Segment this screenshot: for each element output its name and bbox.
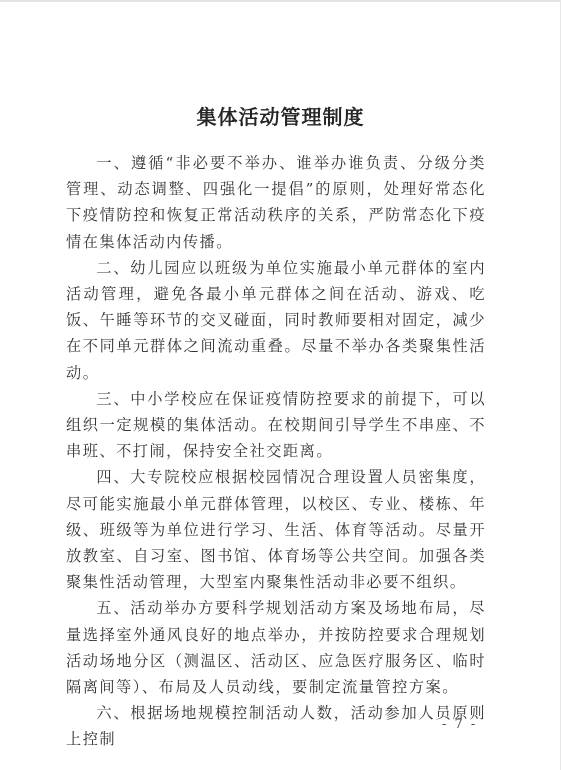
paragraph-1: 一、遵循“非必要不举办、谁举办谁负责、分级分类管理、动态调整、四强化一提倡”的原… (66, 150, 486, 255)
document-title: 集体活动管理制度 (0, 101, 561, 130)
document-body: 一、遵循“非必要不举办、谁举办谁负责、分级分类管理、动态调整、四强化一提倡”的原… (66, 150, 486, 753)
page-number: - 7 - (442, 717, 477, 732)
paragraph-3: 三、中小学校应在保证疫情防控要求的前提下，可以组织一定规模的集体活动。在校期间引… (66, 386, 486, 465)
paragraph-4: 四、大专院校应根据校园情况合理设置人员密集度，尽可能实施最小单元群体管理，以校区… (66, 464, 486, 595)
paragraph-5: 五、活动举办方要科学规划活动方案及场地布局，尽量选择室外通风良好的地点举办，并按… (66, 595, 486, 700)
paragraph-2: 二、幼儿园应以班级为单位实施最小单元群体的室内活动管理，避免各最小单元群体之间在… (66, 255, 486, 386)
paragraph-6: 六、根据场地规模控制活动人数，活动参加人员原则上控制 (66, 700, 486, 752)
page-top-edge (0, 0, 561, 2)
